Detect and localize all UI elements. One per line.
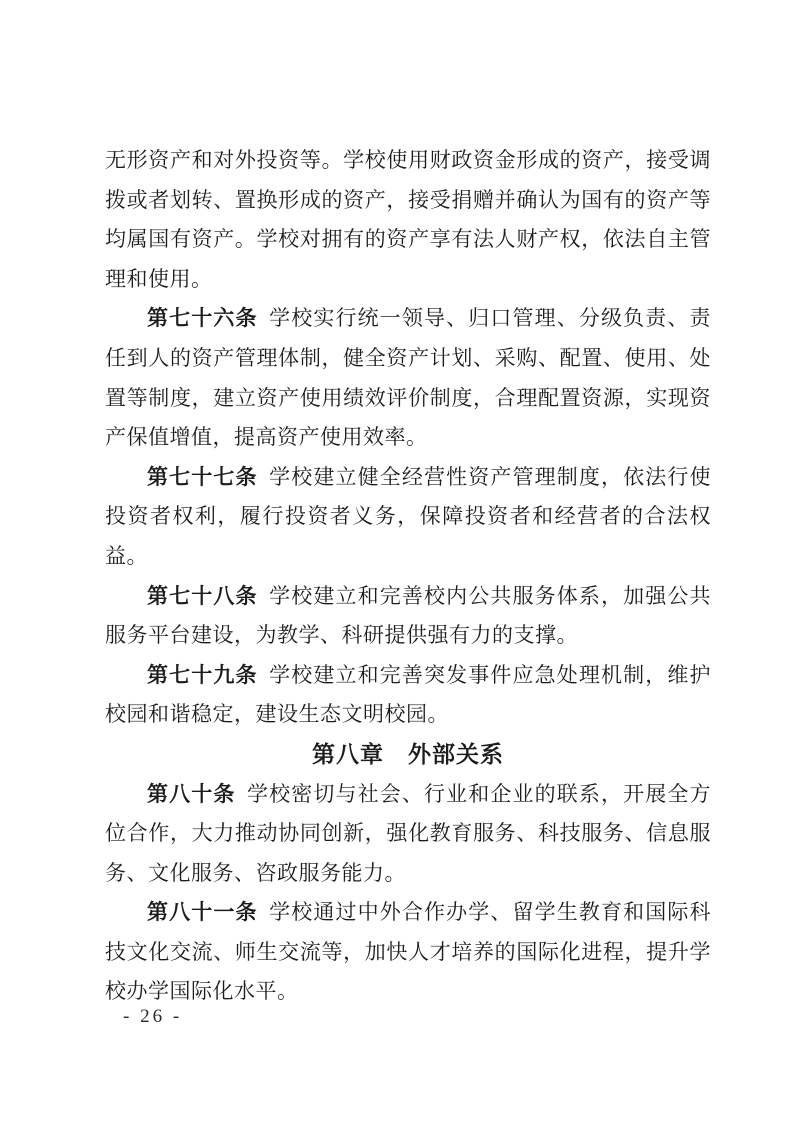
article-number: 第七十六条 [147,306,258,330]
article-80-paragraph: 第八十条学校密切与社会、行业和企业的联系，开展全方位合作，大力推动协同创新，强化… [105,775,711,894]
chapter-heading: 第八章 外部关系 [105,735,711,775]
paragraph-continuation: 无形资产和对外投资等。学校使用财政资金形成的资产，接受调拨或者划转、置换形成的资… [105,141,711,299]
document-page: 无形资产和对外投资等。学校使用财政资金形成的资产，接受调拨或者划转、置换形成的资… [0,0,794,1123]
article-77-paragraph: 第七十七条学校建立健全经营性资产管理制度，依法行使投资者权利，履行投资者义务，保… [105,458,711,577]
article-76-paragraph: 第七十六条学校实行统一领导、归口管理、分级负责、责任到人的资产管理体制，健全资产… [105,299,711,457]
article-number: 第七十九条 [147,663,258,687]
article-number: 第八十一条 [147,900,258,924]
paragraph-text: 无形资产和对外投资等。学校使用财政资金形成的资产，接受调拨或者划转、置换形成的资… [105,148,711,291]
article-81-paragraph: 第八十一条学校通过中外合作办学、留学生教育和国际科技文化交流、师生交流等，加快人… [105,893,711,1012]
article-79-paragraph: 第七十九条学校建立和完善突发事件应急处理机制，维护校园和谐稳定，建设生态文明校园… [105,656,711,735]
article-number: 第七十七条 [147,465,258,489]
article-number: 第七十八条 [147,584,258,608]
document-body: 无形资产和对外投资等。学校使用财政资金形成的资产，接受调拨或者划转、置换形成的资… [105,141,711,1012]
page-number: - 26 - [123,1006,182,1028]
article-78-paragraph: 第七十八条学校建立和完善校内公共服务体系，加强公共服务平台建设，为教学、科研提供… [105,577,711,656]
article-number: 第八十条 [147,782,236,806]
